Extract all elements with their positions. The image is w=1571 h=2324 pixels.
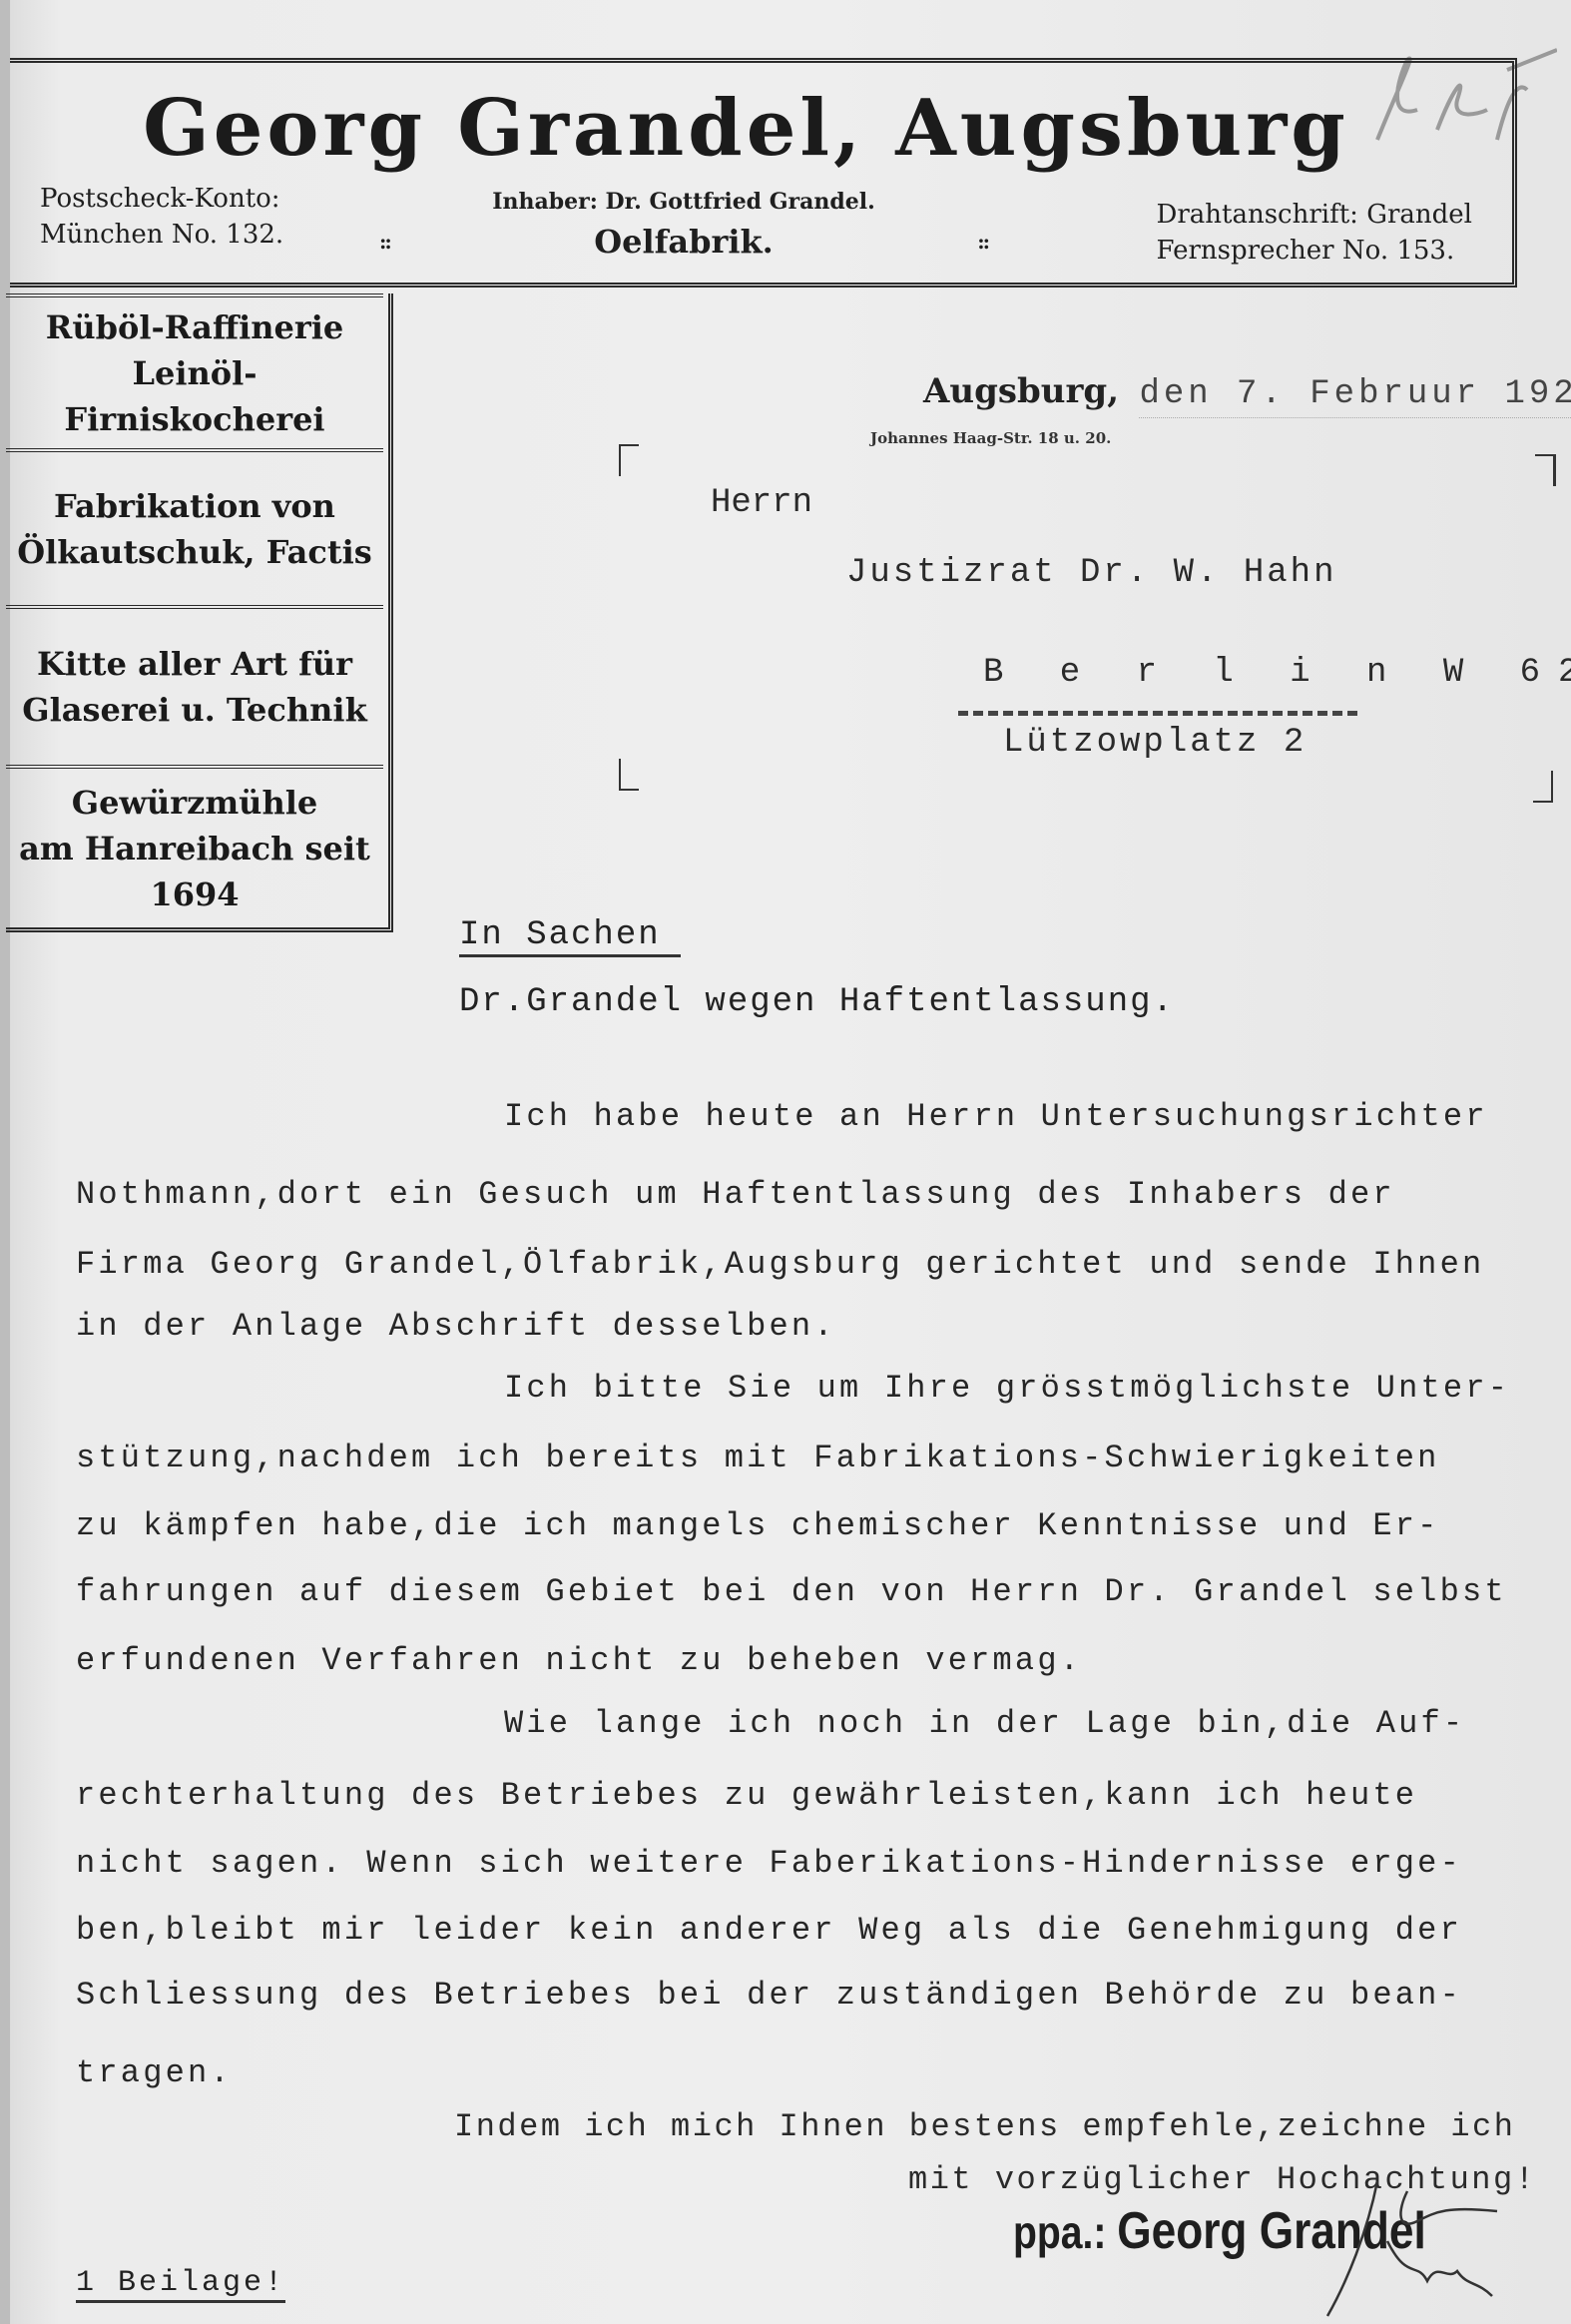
recipient-name: Justizrat Dr. W. Hahn — [846, 554, 1336, 592]
body-line: Firma Georg Grandel,Ölfabrik,Augsburg ge… — [76, 1246, 1484, 1283]
side-item-line: Rüböl-Raffinerie — [46, 304, 344, 350]
company-name: Georg Grandel, Augsburg — [10, 83, 1482, 174]
body-line: zu kämpfen habe,die ich mangels chemisch… — [76, 1507, 1440, 1544]
body-line: Schliessung des Betriebes bei der zustän… — [76, 1977, 1462, 2014]
date-value: den 7. Februur 1924. — [1139, 375, 1571, 418]
address-corner-mark — [1533, 771, 1553, 803]
contact-block: Drahtanschrift: Grandel Fernsprecher No.… — [1157, 197, 1473, 269]
dateline: Augsburg, den 7. Februur 1924. — [923, 371, 1571, 413]
side-item: Gewürzmühle am Hanreibach seit 1694 — [6, 765, 383, 927]
postscheck-label: Postscheck-Konto: — [40, 181, 283, 217]
address-corner-mark — [619, 444, 639, 476]
stamp-prefix: ppa.: — [1013, 2206, 1106, 2258]
handwritten-signature — [1268, 2171, 1507, 2321]
side-item-line: Gewürzmühle — [72, 780, 317, 826]
recipient-salutation: Herrn — [711, 484, 812, 522]
body-line: Ich habe heute an Herrn Untersuchungsric… — [504, 1098, 1488, 1135]
postscheck-value: München No. 132. — [40, 217, 283, 253]
telegram-address: Drahtanschrift: Grandel — [1157, 197, 1473, 233]
date-city: Augsburg, — [923, 371, 1119, 411]
body-line: tragen. — [76, 2054, 233, 2091]
body-line: ben,bleibt mir leider kein anderer Weg a… — [76, 1912, 1462, 1949]
owner-name: Inhaber: Dr. Gottfried Grandel. — [359, 189, 1008, 215]
postscheck-block: Postscheck-Konto: München No. 132. — [40, 181, 283, 253]
letterhead: Georg Grandel, Augsburg Postscheck-Konto… — [10, 58, 1517, 288]
side-item-line: Leinöl-Firniskocherei — [6, 350, 383, 442]
side-item: Rüböl-Raffinerie Leinöl-Firniskocherei — [6, 293, 383, 448]
sender-street: Johannes Haag-Str. 18 u. 20. — [870, 429, 1111, 447]
recipient-city: B e r l i n W 62 — [983, 654, 1571, 692]
body-line: stützung,nachdem ich bereits mit Fabrika… — [76, 1440, 1440, 1476]
phone-number: Fernsprecher No. 153. — [1157, 233, 1473, 269]
closing-line: Indem ich mich Ihnen bestens empfehle,ze… — [454, 2108, 1515, 2145]
product-label: Oelfabrik. — [594, 223, 774, 261]
side-item-line: Glaserei u. Technik — [22, 687, 367, 733]
side-item-line: am Hanreibach seit 1694 — [6, 826, 383, 917]
owner-block: Inhaber: Dr. Gottfried Grandel. :: Oelfa… — [359, 189, 1008, 261]
side-panel: Rüböl-Raffinerie Leinöl-Firniskocherei F… — [6, 293, 393, 932]
body-line: fahrungen auf diesem Gebiet bei den von … — [76, 1573, 1507, 1610]
side-item-line: Fabrikation von — [54, 483, 335, 529]
side-item-line: Ölkautschuk, Factis — [17, 529, 372, 575]
recipient-street: Lützowplatz 2 — [1003, 724, 1307, 762]
body-line: nicht sagen. Wenn sich weitere Faberikat… — [76, 1845, 1462, 1882]
ornament-icon: :: — [977, 230, 988, 254]
body-line: rechterhaltung des Betriebes zu gewährle… — [76, 1777, 1417, 1814]
address-corner-mark — [619, 759, 639, 791]
subject-text: Dr.Grandel wegen Haftentlassung. — [459, 983, 1175, 1021]
body-line: Wie lange ich noch in der Lage bin,die A… — [504, 1705, 1465, 1742]
side-item-line: Kitte aller Art für — [37, 641, 352, 687]
address-corner-mark — [1535, 454, 1556, 486]
subject-heading: In Sachen — [459, 916, 681, 957]
ornament-icon: :: — [379, 230, 390, 254]
side-item: Kitte aller Art für Glaserei u. Technik — [6, 605, 383, 765]
city-underline — [958, 711, 1357, 716]
letter-page: Georg Grandel, Augsburg Postscheck-Konto… — [0, 0, 1571, 2324]
enclosure-note: 1 Beilage! — [76, 2266, 285, 2303]
body-line: Ich bitte Sie um Ihre grösstmöglichste U… — [504, 1370, 1510, 1407]
body-line: erfundenen Verfahren nicht zu beheben ve… — [76, 1642, 1082, 1679]
body-line: in der Anlage Abschrift desselben. — [76, 1308, 836, 1345]
side-item: Fabrikation von Ölkautschuk, Factis — [6, 448, 383, 605]
body-line: Nothmann,dort ein Gesuch um Haftentlassu… — [76, 1176, 1395, 1213]
